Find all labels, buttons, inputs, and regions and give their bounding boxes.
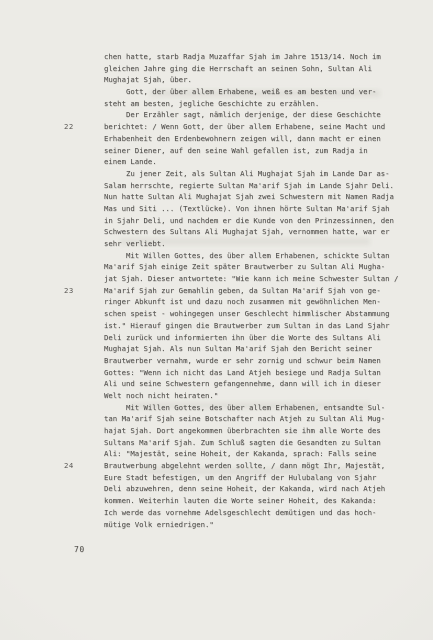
text-line: 24Brautwerbung abgelehnt werden sollte, … [64,460,433,472]
text-line: Gott, der über allem Erhabene, weiß es a… [64,86,433,98]
text-line-content: Brautwerber vernahm, wurde er sehr zorni… [104,355,381,367]
text-line: Ali: "Majestät, seine Hoheit, der Kakand… [64,448,433,460]
text-line-content: Mit Willen Gottes, des über allem Erhabe… [104,402,385,414]
text-line: kommen. Weiterhin lauten die Worte seine… [64,495,433,507]
text-line-content: Ali und seine Schwestern gefangennehme, … [104,378,381,390]
text-line: Der Erzähler sagt, nämlich derjenige, de… [64,109,433,121]
text-line-content: Mughajat Sjah. Als nun Sultan Ma'arif Sj… [104,343,372,355]
text-line: 23Ma'arif Sjah zur Gemahlin geben, da Su… [64,285,433,297]
text-line-content: steht am besten, jegliche Geschichte zu … [104,98,319,110]
text-line-content: kommen. Weiterhin lauten die Worte seine… [104,495,376,507]
text-line-content: Mit Willen Gottes, des über allem Erhabe… [104,250,390,262]
text-line: Salam herrschte, regierte Sultan Ma'arif… [64,180,433,192]
text-line: Eure Stadt befestigen, um den Angriff de… [64,472,433,484]
text-line-content: Schwestern des Sultans Ali Mughajat Sjah… [104,226,390,238]
text-line-content: Ma'arif Sjah zur Gemahlin geben, da Sult… [104,285,381,297]
text-line-content: Ma'arif Sjah einige Zeit später Brautwer… [104,261,385,273]
page-number: 70 [74,545,85,555]
text-line-content: gleichen Jahre ging die Herrschaft an se… [104,63,372,75]
text-line: tan Ma'arif Sjah seine Botschafter nach … [64,413,433,425]
text-line: Ma'arif Sjah einige Zeit später Brautwer… [64,261,433,273]
text-line: Zu jener Zeit, als Sultan Ali Mughajat S… [64,168,433,180]
text-line: steht am besten, jegliche Geschichte zu … [64,98,433,110]
text-line-content: Brautwerbung abgelehnt werden sollte, / … [104,460,385,472]
text-line-content: mütige Volk erniedrigen." [104,519,214,531]
text-line: Brautwerber vernahm, wurde er sehr zorni… [64,355,433,367]
text-line-content: Deli zurück und informierten ihn über di… [104,332,381,344]
text-line: Mas und Siti ... (Textlücke). Von ihnen … [64,203,433,215]
text-line: Gottes: "Wenn ich nicht das Land Atjeh b… [64,367,433,379]
text-line-content: Der Erzähler sagt, nämlich derjenige, de… [104,109,381,121]
text-line: jat Sjah. Dieser antwortete: "Wie kann i… [64,273,433,285]
text-line-content: schen speist - wohingegen unser Geschlec… [104,308,390,320]
text-line: Mit Willen Gottes, des über allem Erhabe… [64,250,433,262]
text-line-content: Ali: "Majestät, seine Hoheit, der Kakand… [104,448,376,460]
text-line-content: Erhabenheit den Erdenbewohnern zeigen wi… [104,133,381,145]
text-line: Sultans Ma'arif Sjah. Zum Schluß sagten … [64,437,433,449]
text-line: Nun hatte Sultan Ali Mughajat Sjah zwei … [64,191,433,203]
text-line: ringer Abkunft ist und dazu noch zusamme… [64,296,433,308]
text-line-content: Nun hatte Sultan Ali Mughajat Sjah zwei … [104,191,394,203]
margin-line-number: 23 [64,285,104,297]
text-line: Welt noch nicht heiraten." [64,390,433,402]
text-line: Ali und seine Schwestern gefangennehme, … [64,378,433,390]
text-line-content: tan Ma'arif Sjah seine Botschafter nach … [104,413,385,425]
text-line-content: ist." Hierauf gingen die Brautwerber zum… [104,320,390,332]
text-line: Schwestern des Sultans Ali Mughajat Sjah… [64,226,433,238]
text-line-content: jat Sjah. Dieser antwortete: "Wie kann i… [104,273,398,285]
scanned-page: chen hatte, starb Radja Muzaffar Sjah im… [0,0,433,640]
text-line-content: Deli abzuwehren, denn seine Hoheit, der … [104,483,385,495]
text-line: 22berichtet: / Wenn Gott, der über allem… [64,121,433,133]
text-line-content: Sultans Ma'arif Sjah. Zum Schluß sagten … [104,437,381,449]
text-line: ist." Hierauf gingen die Brautwerber zum… [64,320,433,332]
text-line: einem Lande. [64,156,433,168]
text-line-content: Gott, der über allem Erhabene, weiß es a… [104,86,376,98]
text-line-content: einem Lande. [104,156,157,168]
text-line: Mit Willen Gottes, des über allem Erhabe… [64,402,433,414]
text-line: gleichen Jahre ging die Herrschaft an se… [64,63,433,75]
text-line-content: Zu jener Zeit, als Sultan Ali Mughajat S… [104,168,390,180]
text-line: in Sjahr Deli, und nachdem er die Kunde … [64,215,433,227]
text-line-content: in Sjahr Deli, und nachdem er die Kunde … [104,215,394,227]
text-line: Mughajat Sjah, über. [64,74,433,86]
text-line-content: Gottes: "Wenn ich nicht das Land Atjeh b… [104,367,381,379]
text-line-content: Mas und Siti ... (Textlücke). Von ihnen … [104,203,390,215]
text-line: chen hatte, starb Radja Muzaffar Sjah im… [64,51,433,63]
text-line: Erhabenheit den Erdenbewohnern zeigen wi… [64,133,433,145]
text-line-content: Mughajat Sjah, über. [104,74,192,86]
text-line: hajat Sjah. Dort angekommen überbrachten… [64,425,433,437]
text-line-content: Ich werde das vornehme Adelsgeschlecht d… [104,507,376,519]
text-line: seiner Diener, auf den seine Wahl gefall… [64,145,433,157]
text-line-content: sehr verliebt. [104,238,166,250]
margin-line-number: 24 [64,460,104,472]
text-line-content: ringer Abkunft ist und dazu noch zusamme… [104,296,381,308]
text-line: Ich werde das vornehme Adelsgeschlecht d… [64,507,433,519]
text-line-content: seiner Diener, auf den seine Wahl gefall… [104,145,368,157]
text-line: Deli zurück und informierten ihn über di… [64,332,433,344]
text-line-content: Eure Stadt befestigen, um den Angriff de… [104,472,376,484]
text-line-content: Welt noch nicht heiraten." [104,390,218,402]
text-line-content: chen hatte, starb Radja Muzaffar Sjah im… [104,51,381,63]
text-line-content: berichtet: / Wenn Gott, der über allem E… [104,121,385,133]
text-line: schen speist - wohingegen unser Geschlec… [64,308,433,320]
text-line: Mughajat Sjah. Als nun Sultan Ma'arif Sj… [64,343,433,355]
margin-line-number: 22 [64,121,104,133]
text-line-content: Salam herrschte, regierte Sultan Ma'arif… [104,180,394,192]
text-block: chen hatte, starb Radja Muzaffar Sjah im… [64,51,433,530]
text-line: sehr verliebt. [64,238,433,250]
text-line-content: hajat Sjah. Dort angekommen überbrachten… [104,425,381,437]
text-line: Deli abzuwehren, denn seine Hoheit, der … [64,483,433,495]
text-line: mütige Volk erniedrigen." [64,519,433,531]
